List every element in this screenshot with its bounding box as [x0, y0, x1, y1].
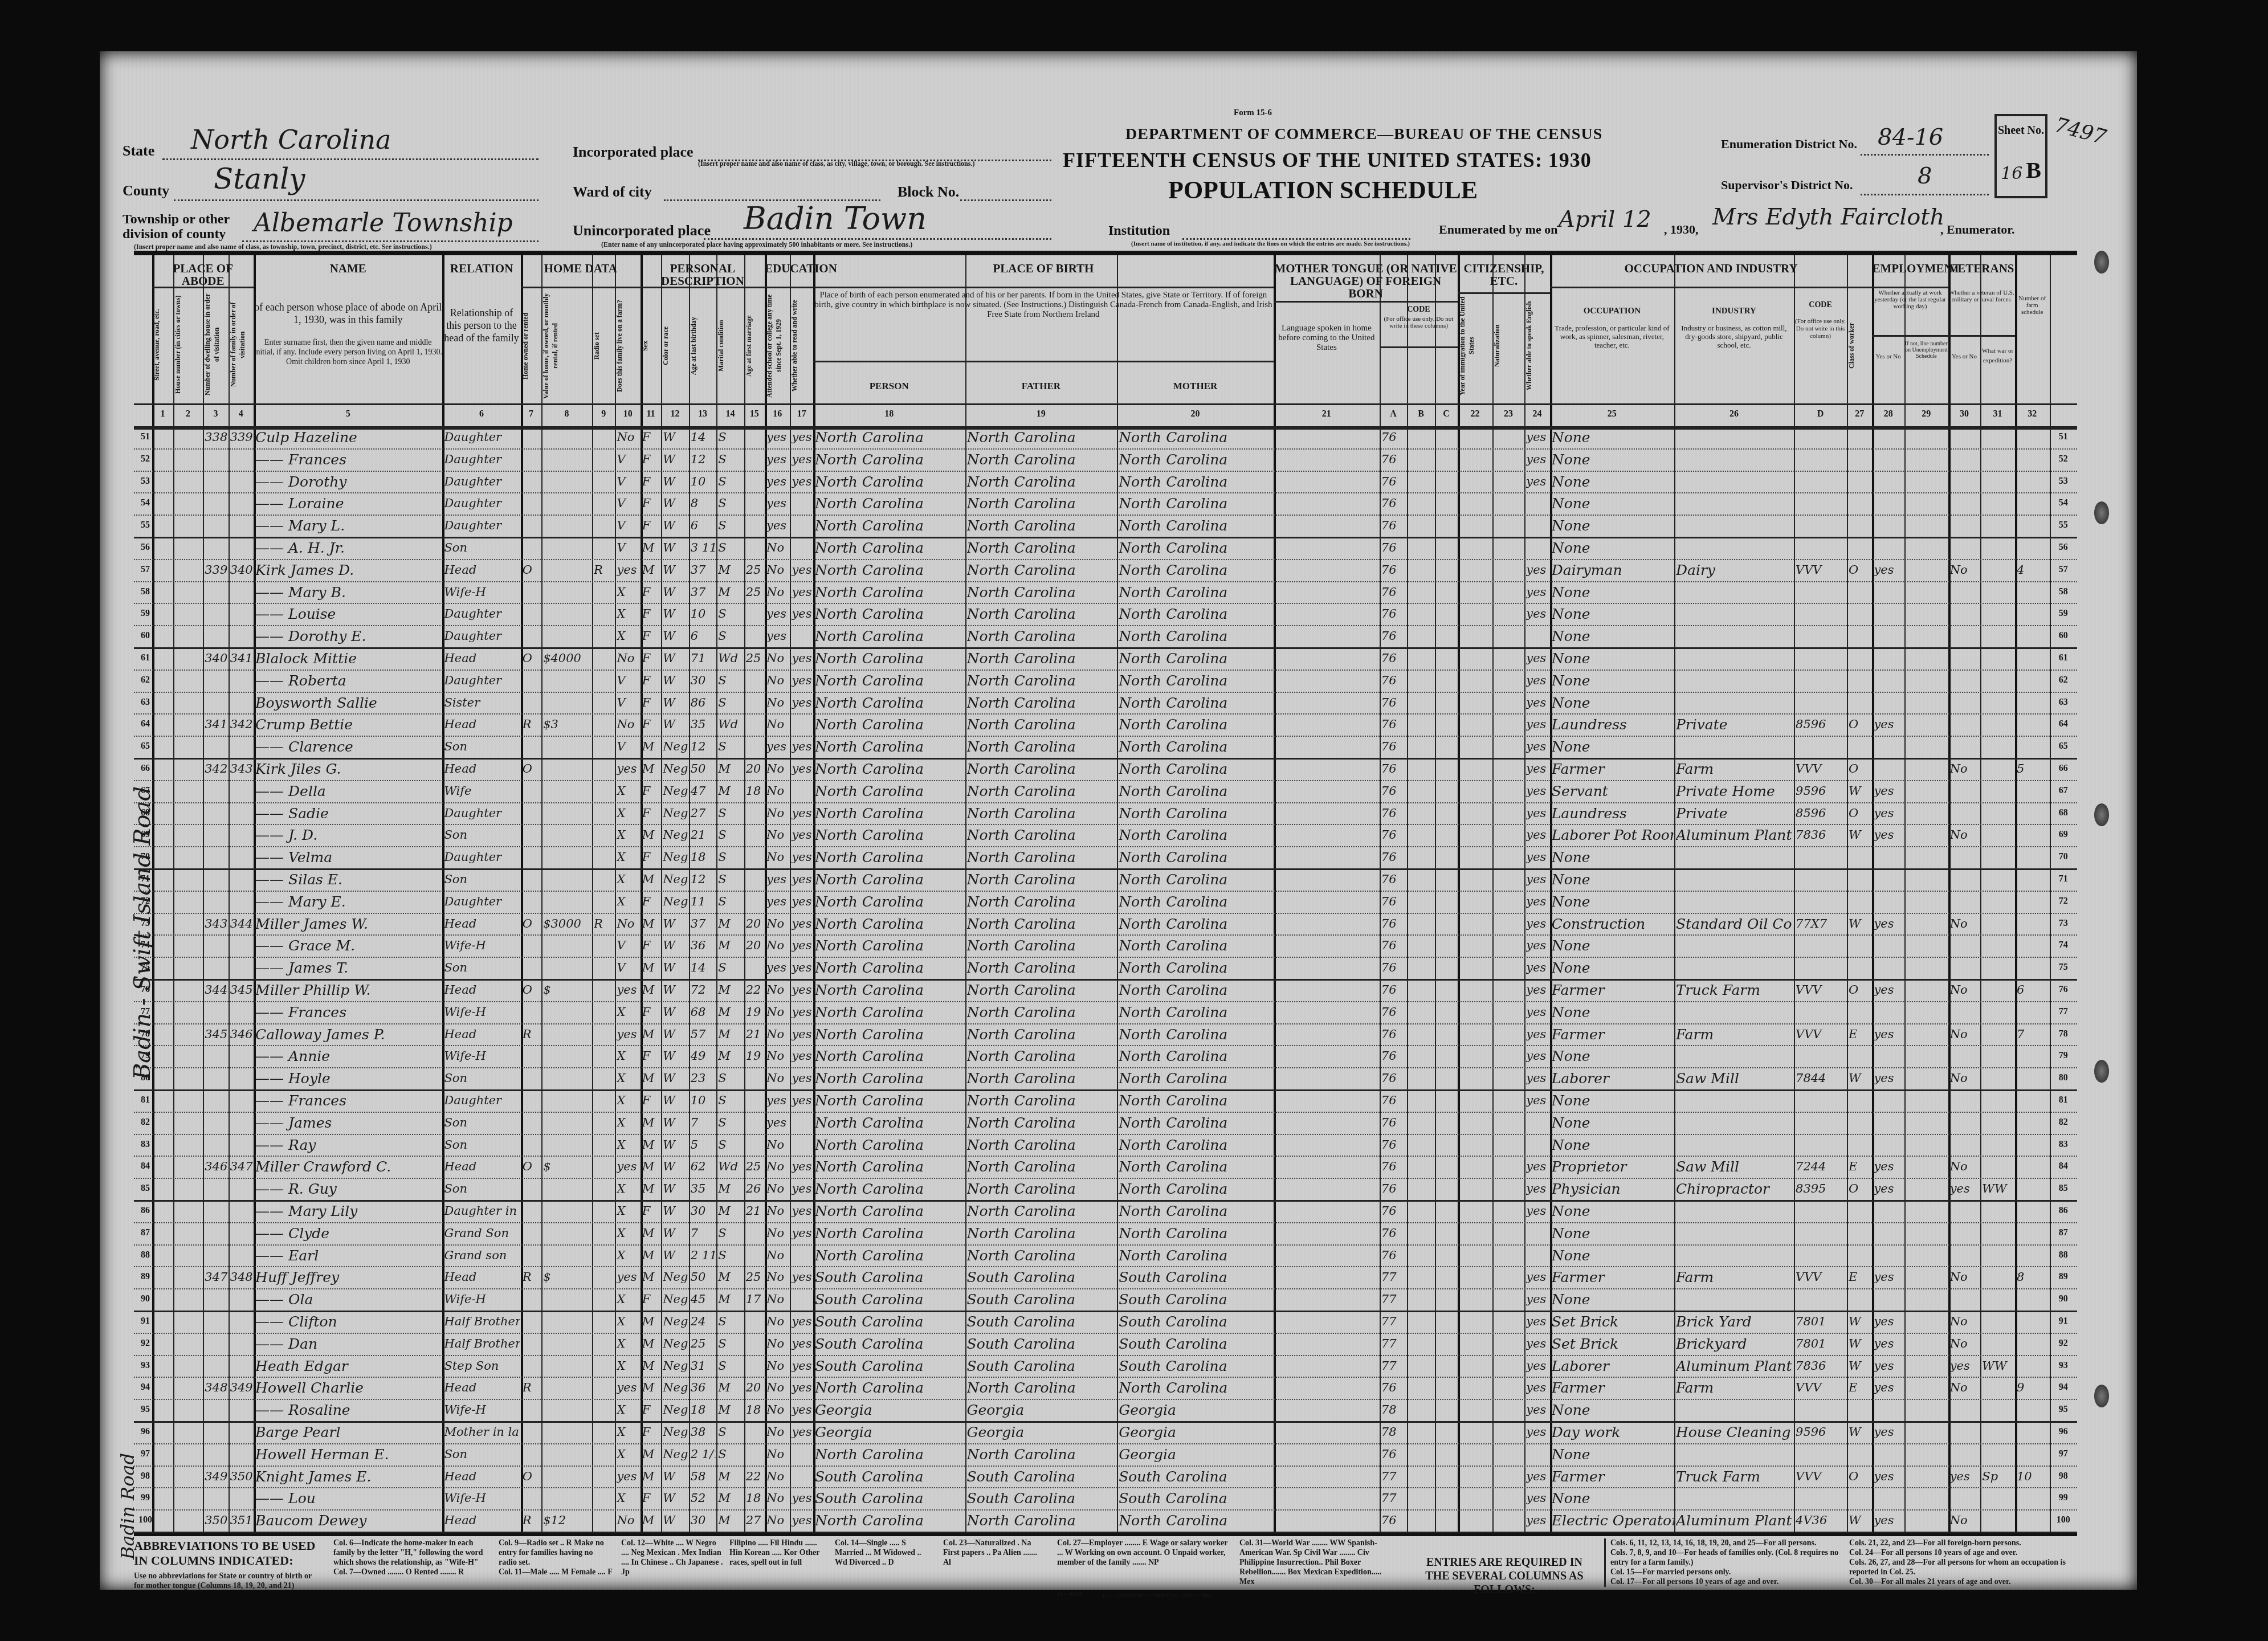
column-divider — [1117, 255, 1118, 1532]
table-cell-pob-mother: North Carolina — [1119, 935, 1273, 956]
table-cell-farm-no — [2017, 493, 2049, 514]
table-cell-war: WW — [1982, 1356, 2014, 1377]
line-number: 91 — [134, 1316, 157, 1326]
table-cell-school: No — [766, 1046, 789, 1067]
table-cell-race: Neg — [663, 1399, 688, 1420]
table-cell-dwelling — [205, 1245, 227, 1266]
line-number: 87 — [134, 1228, 157, 1238]
row-rule — [134, 1532, 2077, 1533]
table-cell-code-a: 77 — [1381, 1488, 1406, 1509]
table-cell-race: W — [663, 692, 688, 713]
table-cell-relation: Son — [444, 957, 520, 978]
table-cell-age: 30 — [691, 1510, 716, 1531]
table-cell-age: 37 — [691, 582, 716, 603]
table-cell-pob-mother: North Carolina — [1119, 979, 1273, 1001]
table-cell-veteran — [1950, 714, 1980, 735]
table-cell-read: yes — [792, 1046, 812, 1067]
table-cell-dwelling: 340 — [205, 648, 227, 669]
line-number-right: 73 — [2050, 919, 2077, 929]
table-cell-value — [543, 427, 592, 448]
table-cell-age: 71 — [691, 648, 716, 669]
table-cell-code-a: 78 — [1381, 1422, 1406, 1443]
table-cell-class: W — [1849, 1333, 1871, 1354]
line-number-right: 91 — [2050, 1316, 2077, 1326]
table-cell-war — [1982, 714, 2014, 735]
table-cell-school: yes — [766, 515, 789, 536]
table-cell-sex: M — [642, 537, 660, 558]
table-cell-war — [1982, 603, 2014, 624]
table-cell-family: 339 — [230, 427, 253, 448]
table-cell-class: W — [1849, 1356, 1871, 1377]
table-cell-race: W — [663, 935, 688, 956]
table-cell-sex: M — [642, 1333, 660, 1354]
line-number-right: 76 — [2050, 985, 2077, 995]
table-cell-industry: Private — [1676, 803, 1793, 824]
table-cell-race: W — [663, 1024, 688, 1045]
table-cell-class: O — [1849, 758, 1871, 779]
table-cell-name: —— Hoyle — [255, 1068, 442, 1089]
table-cell-occ-code — [1796, 935, 1846, 956]
table-cell-occ-code — [1796, 1444, 1846, 1465]
col12-note: Col. 12—White .... W Negro .... Neg Mexi… — [621, 1538, 724, 1577]
table-cell-industry: Brickyard — [1676, 1333, 1793, 1354]
table-cell-dwelling: 347 — [205, 1267, 227, 1288]
table-cell-pob-father: North Carolina — [967, 781, 1117, 802]
table-cell-farm-no — [2017, 1156, 2049, 1177]
table-cell-pob-father: North Carolina — [967, 1377, 1117, 1398]
table-cell-family — [230, 1223, 253, 1244]
table-cell-at-work: yes — [1874, 714, 1904, 735]
table-cell-value — [543, 1399, 592, 1420]
table-cell-industry — [1676, 603, 1793, 624]
table-cell-farm-no — [2017, 449, 2049, 470]
table-cell-owned: O — [523, 1156, 541, 1177]
table-cell-occ-code — [1796, 670, 1846, 691]
table-cell-occ-code: VVV — [1796, 1024, 1846, 1045]
line-number-right: 56 — [2050, 542, 2077, 553]
table-cell-class — [1849, 1046, 1871, 1067]
table-cell-war — [1982, 449, 2014, 470]
table-cell-dwelling — [205, 1090, 227, 1111]
table-cell-value — [543, 1245, 592, 1266]
table-cell-pob-father: North Carolina — [967, 1245, 1117, 1266]
table-cell-farm: yes — [617, 1024, 639, 1045]
vertical-column-header: Whether able to read and write — [790, 292, 813, 400]
table-cell-age-marriage — [746, 1134, 764, 1156]
table-cell-war — [1982, 803, 2014, 824]
occupation-header: OCCUPATION — [1550, 307, 1674, 316]
table-cell-name: —— Sadie — [255, 803, 442, 824]
table-cell-school: No — [766, 1488, 789, 1509]
table-cell-relation: Daughter — [444, 603, 520, 624]
line-number: 66 — [134, 764, 157, 774]
table-cell-dwelling — [205, 935, 227, 956]
column-number: C — [1435, 409, 1458, 419]
table-cell-war — [1982, 935, 2014, 956]
table-cell-school: No — [766, 1156, 789, 1177]
table-cell-read: yes — [792, 957, 812, 978]
table-cell-occ-code — [1796, 427, 1846, 448]
table-cell-class: W — [1849, 1510, 1871, 1531]
line-number: 53 — [134, 476, 157, 487]
table-cell-industry — [1676, 1046, 1793, 1067]
table-cell-value — [543, 1422, 592, 1443]
column-number: B — [1407, 409, 1434, 419]
table-cell-at-work — [1874, 1223, 1904, 1244]
column-number: 29 — [1904, 409, 1948, 419]
line-number-right: 69 — [2050, 830, 2077, 840]
table-cell-age: 12 — [691, 449, 716, 470]
table-cell-owned — [523, 1333, 541, 1354]
table-cell-farm-no — [2017, 1333, 2049, 1354]
line-number-right: 67 — [2050, 786, 2077, 796]
table-cell-family — [230, 603, 253, 624]
line-number: 54 — [134, 498, 157, 508]
table-cell-dwelling — [205, 515, 227, 536]
column-divider — [1380, 255, 1381, 1532]
table-cell-code-a: 76 — [1381, 847, 1406, 868]
vertical-column-header: Street, avenue, road, etc. — [152, 291, 173, 399]
stamp-number: 7497 — [2052, 113, 2108, 149]
table-cell-industry — [1676, 1201, 1793, 1222]
table-cell-english: yes — [1526, 1156, 1549, 1177]
table-cell-value — [543, 493, 592, 514]
table-cell-farm-no — [2017, 714, 2049, 735]
table-cell-name: —— Louise — [255, 603, 442, 624]
line-number-right: 86 — [2050, 1206, 2077, 1216]
table-cell-age: 6 — [691, 515, 716, 536]
line-number: 82 — [134, 1117, 157, 1128]
table-cell-radio: R — [594, 913, 614, 934]
column-group-header: VETERANS — [1948, 262, 2015, 275]
table-cell-race: Neg — [663, 1377, 688, 1398]
language-header: Language spoken in home before coming to… — [1274, 324, 1380, 353]
table-cell-industry: Dairy — [1676, 560, 1793, 581]
table-cell-farm: No — [617, 427, 639, 448]
table-cell-marital: S — [718, 847, 743, 868]
table-cell-read: yes — [792, 1090, 812, 1111]
table-cell-age: 14 — [691, 957, 716, 978]
county-label: County — [123, 182, 169, 199]
column-group-header: OCCUPATION AND INDUSTRY — [1550, 262, 1873, 275]
table-cell-race: W — [663, 1466, 688, 1487]
table-cell-radio — [594, 1223, 614, 1244]
table-cell-farm: X — [617, 1201, 639, 1222]
table-cell-read: yes — [792, 1002, 812, 1023]
line-number: 96 — [134, 1427, 157, 1437]
table-cell-industry — [1676, 582, 1793, 603]
line-number: 51 — [134, 432, 157, 442]
table-cell-age-marriage — [746, 1223, 764, 1244]
table-cell-read: yes — [792, 891, 812, 912]
column-divider — [1524, 255, 1525, 1532]
table-cell-war — [1982, 781, 2014, 802]
table-cell-pob-mother: North Carolina — [1119, 493, 1273, 514]
table-cell-pob-mother: North Carolina — [1119, 427, 1273, 448]
table-cell-occupation: Farmer — [1552, 1377, 1674, 1398]
form-number: Form 15-6 — [1234, 108, 1272, 118]
table-cell-family — [230, 1201, 253, 1222]
table-cell-industry: Truck Farm — [1676, 1466, 1793, 1487]
table-cell-farm-no — [2017, 626, 2049, 647]
table-cell-class: W — [1849, 781, 1871, 802]
table-cell-age: 24 — [691, 1311, 716, 1332]
table-cell-age-marriage — [746, 449, 764, 470]
table-cell-race: Neg — [663, 1444, 688, 1465]
table-cell-industry — [1676, 847, 1793, 868]
table-cell-class: E — [1849, 1156, 1871, 1177]
table-cell-dwelling — [205, 1134, 227, 1156]
table-cell-marital: S — [718, 670, 743, 691]
table-cell-occ-code — [1796, 891, 1846, 912]
table-cell-farm: X — [617, 626, 639, 647]
what-war-header: What war or expedition? — [1980, 346, 2015, 366]
vertical-column-header: Home owned or rented — [521, 292, 541, 400]
line-number: 85 — [134, 1183, 157, 1194]
column-number: 9 — [592, 409, 615, 419]
table-cell-industry — [1676, 493, 1793, 514]
line-number-right: 77 — [2050, 1007, 2077, 1017]
table-cell-code-a: 76 — [1381, 1156, 1406, 1177]
entries-title: ENTRIES ARE REQUIRED IN THE SEVERAL COLU… — [1416, 1556, 1593, 1597]
table-cell-pob: North Carolina — [815, 781, 965, 802]
table-cell-at-work — [1874, 1046, 1904, 1067]
table-cell-code-a: 76 — [1381, 1068, 1406, 1089]
sd-value: 8 — [1918, 163, 1932, 189]
table-cell-farm: X — [617, 1245, 639, 1266]
table-cell-race: W — [663, 1488, 688, 1509]
table-cell-at-work: yes — [1874, 1267, 1904, 1288]
table-cell-pob-father: North Carolina — [967, 427, 1117, 448]
entries-5: Cols. 21, 22, and 23—For all foreign-bor… — [1849, 1538, 2077, 1548]
table-cell-school: No — [766, 560, 789, 581]
table-cell-occ-code — [1796, 1488, 1846, 1509]
table-cell-english: yes — [1526, 1178, 1549, 1199]
table-cell-radio — [594, 648, 614, 669]
column-divider — [1435, 255, 1436, 1532]
table-cell-school: No — [766, 935, 789, 956]
line-number-right: 65 — [2050, 741, 2077, 752]
table-cell-relation: Head — [444, 714, 520, 735]
column-number: 6 — [442, 409, 520, 419]
table-cell-owned — [523, 1112, 541, 1133]
table-cell-class — [1849, 1444, 1871, 1465]
header-rule — [813, 287, 1274, 288]
table-cell-pob: North Carolina — [815, 913, 965, 934]
table-cell-family — [230, 736, 253, 757]
table-cell-age-marriage: 18 — [746, 781, 764, 802]
table-cell-farm-no — [2017, 869, 2049, 890]
table-cell-sex: F — [642, 1046, 660, 1067]
line-number: 63 — [134, 697, 157, 708]
table-cell-value: $ — [543, 1267, 592, 1288]
table-cell-owned: R — [523, 714, 541, 735]
table-cell-farm-no: 7 — [2017, 1024, 2049, 1045]
table-cell-pob-father: North Carolina — [967, 714, 1117, 735]
table-cell-pob-mother: South Carolina — [1119, 1267, 1273, 1288]
table-cell-occupation: Laborer — [1552, 1068, 1674, 1089]
table-cell-age-marriage — [746, 515, 764, 536]
column-divider — [1847, 255, 1848, 1532]
table-cell-school: No — [766, 803, 789, 824]
table-cell-pob-father: North Carolina — [967, 1510, 1117, 1531]
header-rule — [134, 403, 2077, 405]
table-cell-pob: North Carolina — [815, 1223, 965, 1244]
column-divider — [1674, 255, 1675, 1532]
table-cell-owned: R — [523, 1377, 541, 1398]
table-cell-relation: Daughter — [444, 891, 520, 912]
table-cell-pob-mother: North Carolina — [1119, 1024, 1273, 1045]
table-cell-class — [1849, 847, 1871, 868]
table-cell-marital: S — [718, 824, 743, 846]
table-cell-value: $ — [543, 979, 592, 1001]
table-cell-pob-father: North Carolina — [967, 648, 1117, 669]
table-cell-class — [1849, 427, 1871, 448]
line-number-right: 81 — [2050, 1095, 2077, 1105]
table-cell-occupation: Set Brick — [1552, 1311, 1674, 1332]
header-rule — [765, 287, 813, 288]
table-cell-relation: Wife-H — [444, 1002, 520, 1023]
table-cell-radio — [594, 1377, 614, 1398]
table-cell-class — [1849, 736, 1871, 757]
table-cell-pob-father: North Carolina — [967, 847, 1117, 868]
table-cell-code-a: 76 — [1381, 781, 1406, 802]
table-cell-occ-code: 8395 — [1796, 1178, 1846, 1199]
print-code: 11—6027 — [1057, 1590, 1082, 1599]
population-table: PLACE OF ABODENAMERELATIONHOME DATAPERSO… — [134, 251, 2077, 1536]
table-cell-pob: North Carolina — [815, 891, 965, 912]
table-cell-english: yes — [1526, 648, 1549, 669]
table-cell-race: W — [663, 515, 688, 536]
table-cell-veteran: No — [1950, 1510, 1980, 1531]
table-cell-race: W — [663, 648, 688, 669]
table-cell-industry — [1676, 869, 1793, 890]
table-cell-marital: S — [718, 1112, 743, 1133]
table-cell-name: —— Mary Lily — [255, 1201, 442, 1222]
table-cell-pob-father: North Carolina — [967, 1444, 1117, 1465]
table-cell-relation: Son — [444, 869, 520, 890]
table-cell-family: 343 — [230, 758, 253, 779]
table-cell-owned — [523, 692, 541, 713]
vertical-column-header: Attended school or college any time sinc… — [765, 292, 790, 400]
line-number-right: 53 — [2050, 476, 2077, 487]
table-cell-relation: Daughter — [444, 471, 520, 492]
table-cell-owned: O — [523, 1466, 541, 1487]
table-cell-english — [1526, 626, 1549, 647]
line-number: 65 — [134, 741, 157, 752]
table-cell-owned — [523, 471, 541, 492]
column-divider — [965, 255, 966, 1532]
line-number: 90 — [134, 1294, 157, 1304]
table-cell-veteran — [1950, 869, 1980, 890]
table-cell-occ-code — [1796, 648, 1846, 669]
table-cell-code-a: 76 — [1381, 1002, 1406, 1023]
table-cell-value: $3 — [543, 714, 592, 735]
table-cell-sex: M — [642, 869, 660, 890]
table-cell-class: O — [1849, 979, 1871, 1001]
table-cell-age-marriage — [746, 824, 764, 846]
table-cell-age-marriage — [746, 1333, 764, 1354]
table-cell-sex: M — [642, 1466, 660, 1487]
table-cell-name: —— James — [255, 1112, 442, 1133]
column-divider — [229, 255, 230, 1532]
table-cell-industry: Aluminum Plant — [1676, 1356, 1793, 1377]
table-cell-value — [543, 1356, 592, 1377]
table-cell-code-a: 76 — [1381, 1112, 1406, 1133]
table-cell-sex: F — [642, 1488, 660, 1509]
table-cell-occupation: Laborer — [1552, 1356, 1674, 1377]
table-cell-occ-code: VVV — [1796, 1377, 1846, 1398]
table-cell-owned — [523, 781, 541, 802]
table-cell-occupation: None — [1552, 1046, 1674, 1067]
table-cell-class — [1849, 1112, 1871, 1133]
table-cell-occupation: Dairyman — [1552, 560, 1674, 581]
table-cell-farm-no — [2017, 427, 2049, 448]
table-cell-farm-no — [2017, 471, 2049, 492]
table-cell-farm-no: 9 — [2017, 1377, 2049, 1398]
table-cell-relation: Wife-H — [444, 1046, 520, 1067]
table-cell-read: yes — [792, 847, 812, 868]
table-cell-value — [543, 781, 592, 802]
table-cell-relation: Son — [444, 537, 520, 558]
table-cell-pob-father: North Carolina — [967, 692, 1117, 713]
table-cell-war — [1982, 1444, 2014, 1465]
table-cell-value — [543, 891, 592, 912]
veterans-description: Whether a veteran of U.S. military or na… — [1948, 289, 2015, 303]
table-cell-age-marriage: 21 — [746, 1024, 764, 1045]
table-cell-school: No — [766, 1356, 789, 1377]
table-cell-occ-code: 77X7 — [1796, 913, 1846, 934]
table-cell-occupation: Set Brick — [1552, 1333, 1674, 1354]
table-cell-industry: Saw Mill — [1676, 1156, 1793, 1177]
table-cell-sex: M — [642, 560, 660, 581]
table-cell-pob-mother: North Carolina — [1119, 1178, 1273, 1199]
table-cell-occ-code: 8596 — [1796, 714, 1846, 735]
table-cell-pob: North Carolina — [815, 603, 965, 624]
column-number: 14 — [716, 409, 744, 419]
line-number-right: 57 — [2050, 565, 2077, 575]
table-cell-owned: R — [523, 1510, 541, 1531]
table-cell-race: W — [663, 1223, 688, 1244]
table-cell-at-work — [1874, 603, 1904, 624]
table-cell-occ-code: 7244 — [1796, 1156, 1846, 1177]
table-cell-at-work: yes — [1874, 1377, 1904, 1398]
table-cell-pob-father: South Carolina — [967, 1289, 1117, 1310]
enumerator-label: , Enumerator. — [1940, 222, 2015, 237]
table-cell-veteran — [1950, 1223, 1980, 1244]
table-cell-relation: Head — [444, 1024, 520, 1045]
table-cell-class: W — [1849, 824, 1871, 846]
table-cell-name: Boysworth Sallie — [255, 692, 442, 713]
table-cell-family — [230, 847, 253, 868]
table-cell-name: —— Ray — [255, 1134, 442, 1156]
binder-hole — [2094, 1385, 2109, 1407]
table-cell-radio — [594, 515, 614, 536]
table-cell-relation: Head — [444, 1377, 520, 1398]
table-cell-code-a: 76 — [1381, 1024, 1406, 1045]
table-cell-read: yes — [792, 1156, 812, 1177]
table-cell-relation: Head — [444, 1466, 520, 1487]
table-cell-at-work: yes — [1874, 1466, 1904, 1487]
table-cell-owned — [523, 1046, 541, 1067]
table-cell-class — [1849, 603, 1871, 624]
table-cell-war — [1982, 891, 2014, 912]
table-cell-at-work — [1874, 1488, 1904, 1509]
table-cell-class — [1849, 471, 1871, 492]
table-cell-marital: M — [718, 935, 743, 956]
table-cell-owned — [523, 1488, 541, 1509]
table-cell-marital: S — [718, 449, 743, 470]
